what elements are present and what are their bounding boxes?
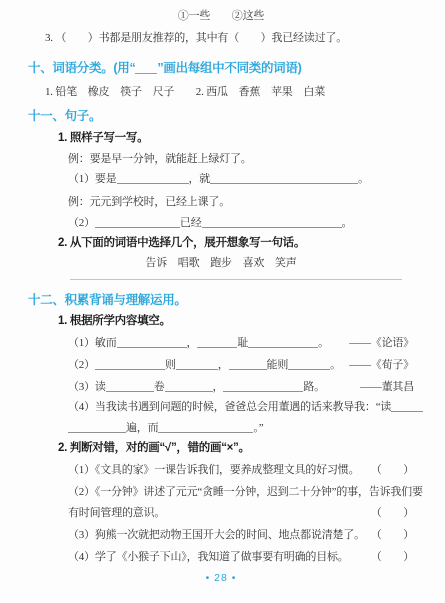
text-segment: （2） bbox=[68, 217, 95, 229]
text-segment: 耻 bbox=[237, 337, 248, 349]
answer-blank bbox=[95, 357, 165, 370]
text-segment: ”画出每组中不同类的词语) bbox=[157, 61, 301, 75]
s11-fill-2-segments: （2）已经。 bbox=[68, 213, 352, 233]
text-segment: （1）敏而 bbox=[68, 337, 117, 349]
answer-blank bbox=[223, 379, 303, 392]
answer-blank bbox=[135, 61, 157, 74]
judge-item-2-line2-text: 有时间管理的意识。 bbox=[68, 503, 165, 523]
question-3-text: 3. （ ）书都是朋友推荐的，其中有（ ）我已经读过了。 bbox=[45, 28, 347, 48]
s12-fill-2: （2）则，能则。 ——《荀子》 bbox=[28, 355, 414, 375]
text-segment: 。” bbox=[253, 422, 263, 434]
text-segment: ， bbox=[218, 359, 229, 371]
judge-item-2-line2: 有时间管理的意识。 （ ） bbox=[28, 503, 414, 523]
s12-fill-1: （1）敏而，耻。 ——《论语》 bbox=[28, 333, 414, 353]
s12-item2-text: 2. 判断对错，对的画“√”，错的画“×”。 bbox=[58, 438, 250, 458]
word-bank-text: 告诉 唱歌 跑步 喜欢 笑声 bbox=[145, 253, 296, 273]
text-segment: 则 bbox=[165, 359, 176, 371]
answer-blank bbox=[117, 171, 189, 184]
text-segment: 十、词语分类。(用“ bbox=[28, 61, 135, 75]
text-segment: 遍，而 bbox=[126, 422, 158, 434]
s11-example-2: 例：元元到学校时，已经上课了。 bbox=[28, 192, 414, 212]
judge-item-2-answer-box: （ ） bbox=[371, 503, 414, 523]
judge-item-1-text: （1）《文具的家》一课告诉我们，要养成整理文具的好习惯。 bbox=[68, 460, 359, 480]
writing-line bbox=[70, 279, 402, 280]
source-attribution-lunyu: ——《论语》 bbox=[349, 333, 414, 353]
source-attribution-dongqichang: ——董其昌 bbox=[360, 377, 414, 397]
s12-item2-label: 2. 判断对错，对的画“√”，错的画“×”。 bbox=[28, 438, 414, 458]
s11-item1-text: 1. 照样子写一写。 bbox=[58, 128, 148, 148]
judge-item-1: （1）《文具的家》一课告诉我们，要养成整理文具的好习惯。 （ ） bbox=[28, 460, 414, 480]
answer-blank bbox=[229, 357, 267, 370]
section-10-word-groups: 1. 铅笔 橡皮 筷子 尺子 2. 西瓜 香蕉 苹果 白菜 bbox=[28, 82, 414, 102]
text-segment: ，就 bbox=[189, 173, 211, 185]
page-number: • 28 • bbox=[28, 568, 414, 588]
section-12-header: 十二、积累背诵与理解运用。 bbox=[28, 290, 414, 310]
judge-item-4-text: （4）学了《小猴子下山》，我知道了做事要有明确的目标。 bbox=[68, 547, 349, 567]
text-segment: （4）当我读书遇到问题的时候，爸爸总会用董遇的话来教导我：“读 bbox=[68, 401, 391, 413]
s12-fill-3: （3）读卷，路。 ——董其昌 bbox=[28, 377, 414, 397]
s12-item1-label: 1. 根据所学内容填空。 bbox=[28, 311, 414, 331]
text-segment: 能则 bbox=[267, 359, 289, 371]
source-attribution-xunzi: ——《荀子》 bbox=[349, 355, 414, 375]
text-segment: 卷 bbox=[154, 381, 165, 393]
section-12-title: 十二、积累背诵与理解运用。 bbox=[28, 290, 187, 310]
s11-fill-1: （1）要是，就。 bbox=[28, 169, 414, 189]
s12-fill-4-line1: （4）当我读书遇到问题的时候，爸爸总会用董遇的话来教导我：“读 bbox=[28, 397, 414, 417]
s12-fill-4-line1-segments: （4）当我读书遇到问题的时候，爸爸总会用董遇的话来教导我：“读 bbox=[68, 397, 423, 417]
text-segment: ， bbox=[213, 381, 224, 393]
answer-blank bbox=[288, 357, 330, 370]
text-segment: 。 bbox=[358, 173, 369, 185]
section-10-header: 十、词语分类。(用“”画出每组中不同类的词语) bbox=[28, 58, 414, 78]
answer-options-line: ①一些 ②这些 bbox=[28, 6, 414, 26]
s11-item2-text: 2. 从下面的词语中选择几个，展开想象写一句话。 bbox=[58, 233, 305, 253]
judge-item-3-text: （3）狗熊一次就把动物王国开大会的时间、地点都说清楚了。 bbox=[68, 525, 365, 545]
judge-item-1-answer-box: （ ） bbox=[371, 460, 414, 480]
text-segment: （1）要是 bbox=[68, 173, 117, 185]
answer-blank bbox=[197, 335, 237, 348]
page-number-text: • 28 • bbox=[206, 568, 237, 588]
text-segment: 路。 bbox=[303, 381, 325, 393]
answer-blank bbox=[95, 215, 180, 228]
text-segment: （3）读 bbox=[68, 381, 106, 393]
answer-options-text: ①一些 ②这些 bbox=[178, 6, 264, 26]
judge-item-2-line1: （2）《一分钟》讲述了元元“贪睡一分钟，迟到二十分钟”的事，告诉我们要 bbox=[28, 482, 414, 502]
answer-blank bbox=[106, 379, 154, 392]
s12-fill-1-segments: （1）敏而，耻。 bbox=[68, 333, 329, 353]
question-3: 3. （ ）书都是朋友推荐的，其中有（ ）我已经读过了。 bbox=[28, 28, 414, 48]
worksheet-page: ①一些 ②这些 3. （ ）书都是朋友推荐的，其中有（ ）我已经读过了。 十、词… bbox=[0, 0, 445, 603]
text-segment: 。 bbox=[342, 217, 353, 229]
judge-item-4-answer-box: （ ） bbox=[371, 547, 414, 567]
s11-example-1: 例：要是早一分钟，就能赶上绿灯了。 bbox=[28, 149, 414, 169]
section-10-title: 十、词语分类。(用“”画出每组中不同类的词语) bbox=[28, 58, 301, 78]
s11-fill-1-segments: （1）要是，就。 bbox=[68, 169, 369, 189]
s11-example-2-text: 例：元元到学校时，已经上课了。 bbox=[68, 192, 230, 212]
s11-example-1-text: 例：要是早一分钟，就能赶上绿灯了。 bbox=[68, 149, 252, 169]
answer-blank bbox=[117, 335, 187, 348]
answer-blank bbox=[165, 379, 213, 392]
text-segment: ， bbox=[187, 337, 198, 349]
answer-blank bbox=[248, 335, 318, 348]
s12-fill-4-line2-segments: 遍，而。” bbox=[68, 418, 263, 438]
judge-item-3: （3）狗熊一次就把动物王国开大会的时间、地点都说清楚了。 （ ） bbox=[28, 525, 414, 545]
s11-word-bank: 告诉 唱歌 跑步 喜欢 笑声 bbox=[28, 253, 414, 273]
s11-item2-label: 2. 从下面的词语中选择几个，展开想象写一句话。 bbox=[28, 233, 414, 253]
answer-blank bbox=[202, 215, 342, 228]
text-segment: 已经 bbox=[180, 217, 202, 229]
judge-item-3-answer-box: （ ） bbox=[371, 525, 414, 545]
text-segment: 。 bbox=[318, 337, 329, 349]
s11-fill-2: （2）已经。 bbox=[28, 213, 414, 233]
section-11-header: 十一、句子。 bbox=[28, 106, 414, 126]
s12-fill-4-line2: 遍，而。” bbox=[28, 418, 414, 438]
text-segment: （2） bbox=[68, 359, 95, 371]
s12-item1-text: 1. 根据所学内容填空。 bbox=[58, 311, 171, 331]
answer-blank bbox=[68, 420, 126, 433]
s12-fill-2-segments: （2）则，能则。 bbox=[68, 355, 341, 375]
answer-blank bbox=[210, 171, 358, 184]
section-11-title: 十一、句子。 bbox=[28, 106, 101, 126]
answer-blank bbox=[176, 357, 218, 370]
answer-blank bbox=[158, 420, 253, 433]
text-segment: 。 bbox=[330, 359, 341, 371]
s11-item1-label: 1. 照样子写一写。 bbox=[28, 128, 414, 148]
judge-item-2-line1-text: （2）《一分钟》讲述了元元“贪睡一分钟，迟到二十分钟”的事，告诉我们要 bbox=[68, 482, 423, 502]
s12-fill-3-segments: （3）读卷，路。 bbox=[68, 377, 325, 397]
word-groups-text: 1. 铅笔 橡皮 筷子 尺子 2. 西瓜 香蕉 苹果 白菜 bbox=[45, 82, 325, 102]
judge-item-4: （4）学了《小猴子下山》，我知道了做事要有明确的目标。 （ ） bbox=[28, 547, 414, 567]
answer-blank bbox=[391, 399, 423, 412]
